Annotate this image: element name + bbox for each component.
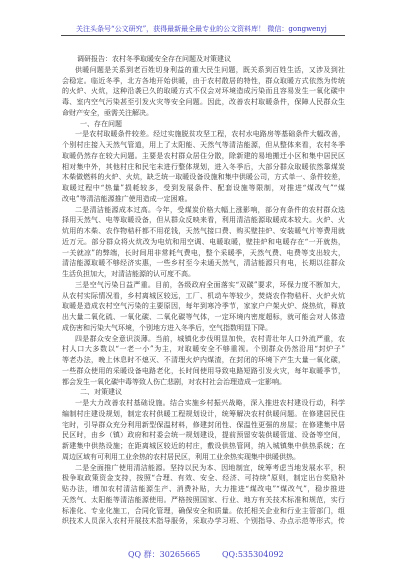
text-line: 宅时，引导群众充分利用新型保温材料，修建封闭性、保温性更强的房屋；在修建集中居 bbox=[62, 420, 345, 431]
section-heading: 一、存在问题 bbox=[62, 119, 345, 130]
text-line: 织技术人员深入农村开展技术指导服务，采取办学习班、个别指导、办点示范等形式，传 bbox=[62, 516, 345, 527]
text-line: 三是空气污染日益严重。目前，各级政府全面落实“双碳”要求，环保力度不断加大， bbox=[62, 280, 345, 291]
paragraph: 二是清洁能源成本过高。今年，受煤炭价格大幅上涨影响，部分有条件的农村群众选择用天… bbox=[62, 205, 345, 280]
text-line: 取暖是造成农村空气污染的主要原因，每年到寒冷季节，家家户户架火炉、烧热炕，释放 bbox=[62, 301, 345, 312]
text-line: 新建集中供热设施；在距离城区较近的村庄，敷设供热管网，纳入城镇集中供热系统；在 bbox=[62, 441, 345, 452]
paragraph: 三是空气污染日益严重。目前，各级政府全面落实“双碳”要求，环保力度不断加大，从农… bbox=[62, 280, 345, 334]
text-line: 村人口大多数以“一老一小”为主，对取暖安全不够重视。个别群众仍然沿用“封炉子” bbox=[62, 344, 345, 355]
paragraph: 一是大力改善农村基础设施。结合实施乡村振兴战略，深入推进农村建设行动，科学编制村… bbox=[62, 398, 345, 463]
text-line: 毒、室内空气污染甚至引发火灾等安全问题。因此，改善农村取暖条件，保障人民群众生 bbox=[62, 97, 345, 108]
text-line: 命财产安全，亟需关注解决。 bbox=[62, 108, 345, 119]
document-content: 调研报告：农村冬季取暖安全存在问题及对策建议 供暖问题是关系到老百姓切身利益的重… bbox=[62, 54, 345, 527]
document-title: 调研报告：农村冬季取暖安全存在问题及对策建议 bbox=[62, 54, 345, 65]
paragraph: 二是全面推广使用清洁能源。坚持以民为本、因地制宜，统筹考虑当地发展水平，积极争取… bbox=[62, 463, 345, 528]
text-line: 等老办法，晚上休息时不熄灭、不清理火炉内煤渣，在封闭的环境下产生大量一氧化碳， bbox=[62, 355, 345, 366]
text-line: 清洁能源取暖不够经济实惠，一些乡村至今未通天然气，清洁能源只有电，长期以往群众 bbox=[62, 258, 345, 269]
text-line: 个别村庄接入天然气管道，用上了太阳能、天然气等清洁能源，但从整体来看，农村冬季 bbox=[62, 140, 345, 151]
text-line: 出大量二氧化硫、一氧化碳、二氧化碳等气体，一定环境内密度超标，就可能会对人体造 bbox=[62, 312, 345, 323]
text-line: 一是大力改善农村基础设施。结合实施乡村振兴战略，深入推进农村建设行动，科学 bbox=[62, 398, 345, 409]
text-line: 成伤害和污染大气环境，个别地方进入冬季后，空气指数明显下降。 bbox=[62, 323, 345, 334]
page-footer: QQ 群：30265665 QQ:535304092 bbox=[0, 549, 408, 561]
text-line: 从农村实际情况看，乡村离城区较远，工厂、机动车等较少，焚烧农作物秸秆、火炉火炕 bbox=[62, 291, 345, 302]
text-line: 炕用的木柴、农作物秸秆都不用花钱，天然气接口费、购买壁挂炉、安装暖气片等费用就 bbox=[62, 226, 345, 237]
paragraph: 供暖问题是关系到老百姓切身利益的重大民生问题，既关系到百姓生活，又涉及到社会稳定… bbox=[62, 65, 345, 119]
text-line: 编制村庄建设规划，制定农村供暖工程规划设计，统筹解决农村供暖问题。在修建居民住 bbox=[62, 409, 345, 420]
footer-qq-group: QQ 群：30265665 bbox=[128, 549, 200, 561]
text-line: 一是农村取暖条件较差。经过实施脱贫攻坚工程，农村水电路房等基础条件大幅改善， bbox=[62, 129, 345, 140]
text-line: 供暖问题是关系到老百姓切身利益的重大民生问题，既关系到百姓生活，又涉及到社 bbox=[62, 65, 345, 76]
paragraph: 一是农村取暖条件较差。经过实施脱贫攻坚工程，农村水电路房等基础条件大幅改善，个别… bbox=[62, 129, 345, 204]
text-line: 天然气、太阳能等清洁能源使用。严格按照国家、行业、地方有关技术标准和规范，实行 bbox=[62, 495, 345, 506]
text-line: 一关就凉”的弊端，长时间用非常耗气费电，整个采暖季，天然气费、电费等支出较大， bbox=[62, 248, 345, 259]
text-line: 会稳定。临近冬季，北方各地开始供暖，由于农村散居的特性，群众取暖方式依然为传统 bbox=[62, 76, 345, 87]
promo-banner-link[interactable]: 关注头条号“公文研究”，获得最新最全最专业的公文资料库！ 微信：gongweny… bbox=[61, 24, 345, 35]
text-line: 民区时，由乡（镇）政府和村委会统一规划建设，提前预留安装供暖管道、设备等空间， bbox=[62, 430, 345, 441]
text-line: 标准化、专业化施工，合同化管理，确保安全和质量。依托相关企业和行业主管部门，组 bbox=[62, 506, 345, 517]
text-line: 一些群众使用的采暖设备电路老化，长时间使用导致电路短路引发火灾，每年取暖季节， bbox=[62, 366, 345, 377]
text-line: 木柴做燃料的火炉、火炕，缺乏统一取暖设备设施和集中供暖公司，方式单一、条件较差， bbox=[62, 172, 345, 183]
document-page: 关注头条号“公文研究”，获得最新最全最专业的公文资料库！ 微信：gongweny… bbox=[0, 0, 408, 580]
text-line: 贴办法，增加农村清洁能源生产、消费补贴，大力推进“煤改电”“煤改气”，稳步推进 bbox=[62, 484, 345, 495]
text-line: 生活负担加大，对清洁能源的认可度不高。 bbox=[62, 269, 345, 280]
text-line: 择用天然气、电等取暖设备，但从群众反映来看，利用清洁能源取暖成本较大。火炉、火 bbox=[62, 215, 345, 226]
text-line: 四是群众安全意识淡薄。当前，城镇化步伐明显加快，农村青壮年人口外流严重，农 bbox=[62, 334, 345, 345]
text-line: 相对集中外，其他村庄和民宅未进行整体规划，进入冬季后，大部分群众取暖依然靠煤炭 bbox=[62, 162, 345, 173]
text-line: 的火炉、火炕，这种沿袭已久的取暖方式不仅会对环境造成污染而且容易发生一氧化碳中 bbox=[62, 86, 345, 97]
footer-qq-number: QQ:535304092 bbox=[222, 549, 284, 561]
paragraph: 四是群众安全意识淡薄。当前，城镇化步伐明显加快，农村青壮年人口外流严重，农村人口… bbox=[62, 334, 345, 388]
text-line: 二是清洁能源成本过高。今年，受煤炭价格大幅上涨影响，部分有条件的农村群众选 bbox=[62, 205, 345, 216]
document-body: 供暖问题是关系到老百姓切身利益的重大民生问题，既关系到百姓生活，又涉及到社会稳定… bbox=[62, 65, 345, 527]
text-line: 近万元。部分群众将火炕改为电炕和用空调、电暖取暖，壁挂炉和电暖存在“一开就热， bbox=[62, 237, 345, 248]
text-line: 一、存在问题 bbox=[62, 119, 345, 130]
text-line: 二是全面推广使用清洁能源。坚持以民为本、因地制宜，统筹考虑当地发展水平，积 bbox=[62, 463, 345, 474]
section-heading: 二、对策建议 bbox=[62, 387, 345, 398]
text-line: 取暖仍然存在较大问题。主要是农村群众居住分散，除新建的易地搬迁小区和集中居民区 bbox=[62, 151, 345, 162]
header-banner: 关注头条号“公文研究”，获得最新最全最专业的公文资料库！ 微信：gongweny… bbox=[61, 24, 345, 36]
text-line: 都会发生一氧化碳中毒等致人伤亡悲剧，对农村社会治理造成一定影响。 bbox=[62, 377, 345, 388]
text-line: 取暖过程中“热量”损耗较多，受到发展条件、配套设施等限制，对推进“煤改气”“煤 bbox=[62, 183, 345, 194]
text-line: 改电”等清洁能源推广使用造成一定困难。 bbox=[62, 194, 345, 205]
text-line: 二、对策建议 bbox=[62, 387, 345, 398]
text-line: 周边区域有可利用工业余热的农村居民区，利用工业余热实现集中供暖供热。 bbox=[62, 452, 345, 463]
text-line: 极争取政策资金支持，按照“合理、有效、安全、经济、可持续”原则，制定出台奖励补 bbox=[62, 473, 345, 484]
